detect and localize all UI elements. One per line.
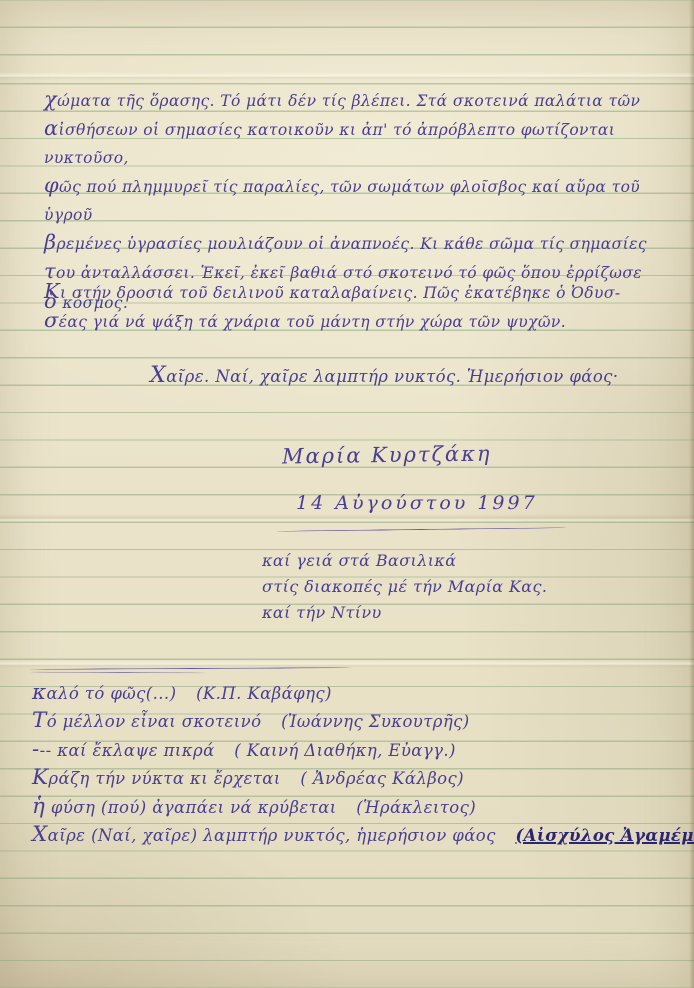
quote-source: ( Ἀνδρέας Κάλβος) xyxy=(300,769,464,788)
quote-source: (Κ.Π. Καβάφης) xyxy=(196,684,332,703)
quote-item: καλό τό φῶς(...) (Κ.Π. Καβάφης) xyxy=(32,679,692,707)
signature: Μαρία Κυρτζάκη xyxy=(282,442,492,469)
quote-item: Χαῖρε (Ναί, χαῖρε) λαμπτήρ νυκτός, ἡμερή… xyxy=(32,821,692,849)
quote-list: καλό τό φῶς(...) (Κ.Π. Καβάφης) Τό μέλλο… xyxy=(32,679,692,849)
quote-text: Κράζη τήν νύκτα κι ἔρχεται xyxy=(32,769,281,788)
handwriting-line: καί τήν Ντίνυ xyxy=(262,600,592,626)
quote-text: καλό τό φῶς(...) xyxy=(32,684,176,703)
handwriting-line: αἰσθήσεων οἱ σημασίες κατοικοῦν κι ἀπ' τ… xyxy=(44,115,689,172)
quote-item: --- καί ἔκλαψε πικρά ( Καινή Διαθήκη, Εὐ… xyxy=(32,736,692,764)
paragraph-odysseus: Κι στήν δροσιά τοῦ δειλινοῦ καταλαβαίνει… xyxy=(44,278,689,337)
quote-source: (Ἰωάννης Συκουτρῆς) xyxy=(281,712,470,731)
quote-text: Τό μέλλον εἶναι σκοτεινό xyxy=(32,712,261,731)
handwriting-line: φῶς πού πλημμυρεῖ τίς παραλίες, τῶν σωμά… xyxy=(44,172,689,229)
quote-item: Κράζη τήν νύκτα κι ἔρχεται ( Ἀνδρέας Κάλ… xyxy=(32,764,692,792)
quote-text: --- καί ἔκλαψε πικρά xyxy=(32,741,215,760)
date-underline xyxy=(276,527,566,532)
quote-source: ( Καινή Διαθήκη, Εὐαγγ.) xyxy=(234,741,456,760)
quote-item: ἡ φύση (πού) ἀγαπάει νά κρύβεται (Ἡράκλε… xyxy=(32,793,692,821)
salutation-line: Χαῖρε. Ναί, χαῖρε λαμπτήρ νυκτός. Ἡμερήσ… xyxy=(150,362,618,388)
quote-text: ἡ φύση (πού) ἀγαπάει νά κρύβεται xyxy=(32,798,337,817)
handwriting-line: καί γειά στά Βασιλικά xyxy=(262,548,592,574)
letter-page: χώματα τῆς ὅρασης. Τό μάτι δέν τίς βλέπε… xyxy=(0,0,694,988)
quote-text: Χαῖρε (Ναί, χαῖρε) λαμπτήρ νυκτός, ἡμερή… xyxy=(32,826,496,845)
handwriting-line: στίς διακοπές μέ τήν Μαρία Κας. xyxy=(262,574,592,600)
handwriting-line: σέας γιά νά ψάξη τά χνάρια τοῦ μάντη στή… xyxy=(44,307,689,336)
separator-line xyxy=(28,667,352,670)
paper-crease xyxy=(0,72,694,80)
handwriting-line: χώματα τῆς ὅρασης. Τό μάτι δέν τίς βλέπε… xyxy=(44,86,689,115)
quote-item: Τό μέλλον εἶναι σκοτεινό (Ἰωάννης Συκουτ… xyxy=(32,707,692,735)
postscript: καί γειά στά Βασιλικά στίς διακοπές μέ τ… xyxy=(262,548,592,627)
quote-source: (Ἡράκλειτος) xyxy=(356,798,476,817)
date: 14 Αὐγούστου 1997 xyxy=(296,492,538,514)
aeschylus-attribution: (Αἰσχύλος Ἀγαμέμνων) xyxy=(515,826,694,845)
handwriting-line: βρεμένες ὑγρασίες μουλιάζουν οἱ ἀναπνοές… xyxy=(44,229,689,258)
paper-crease xyxy=(0,514,694,522)
separator-line xyxy=(30,672,206,674)
handwriting-line: Κι στήν δροσιά τοῦ δειλινοῦ καταλαβαίνει… xyxy=(44,278,689,307)
